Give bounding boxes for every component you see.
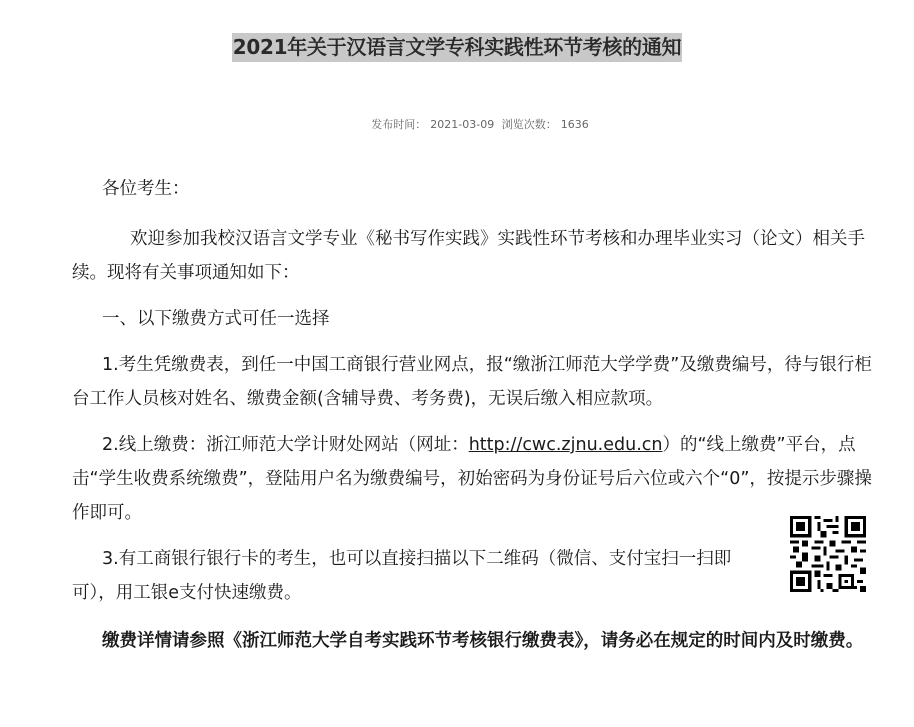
option-2-prefix: 2.线上缴费：浙江师范大学计财处网站（网址： xyxy=(102,435,469,455)
payment-option-2: 2.线上缴费：浙江师范大学计财处网站（网址：http://cwc.zjnu.ed… xyxy=(72,428,882,530)
article-meta: 发布时间：2021-03-09 浏览次数：1636 xyxy=(0,116,914,132)
article-body: 各位考生： 欢迎参加我校汉语言文学专业《秘书写作实践》实践性环节考核和办理毕业实… xyxy=(72,172,882,658)
title-wrap: 2021年关于汉语言文学专科实践性环节考核的通知 xyxy=(0,33,914,62)
views-count: 1636 xyxy=(561,118,589,131)
views-label: 浏览次数： xyxy=(502,118,557,131)
page-title: 2021年关于汉语言文学专科实践性环节考核的通知 xyxy=(232,33,682,62)
intro-paragraph: 欢迎参加我校汉语言文学专业《秘书写作实践》实践性环节考核和办理毕业实习（论文）相… xyxy=(72,222,882,290)
publish-date: 2021-03-09 xyxy=(430,118,494,131)
publish-label: 发布时间： xyxy=(371,118,426,131)
payment-option-3: 3.有工商银行银行卡的考生，也可以直接扫描以下二维码（微信、支付宝扫一扫即可），… xyxy=(72,542,752,610)
finance-website-link[interactable]: http://cwc.zjnu.edu.cn xyxy=(469,435,663,455)
section-heading: 一、以下缴费方式可任一选择 xyxy=(72,302,882,336)
payment-qr-code-icon xyxy=(790,516,866,592)
payment-note: 缴费详情请参照《浙江师范大学自考实践环节考核银行缴费表》，请务必在规定的时间内及… xyxy=(72,624,882,658)
greeting: 各位考生： xyxy=(72,172,882,206)
payment-option-1: 1.考生凭缴费表，到任一中国工商银行营业网点，报“缴浙江师范大学学费”及缴费编号… xyxy=(72,348,882,416)
